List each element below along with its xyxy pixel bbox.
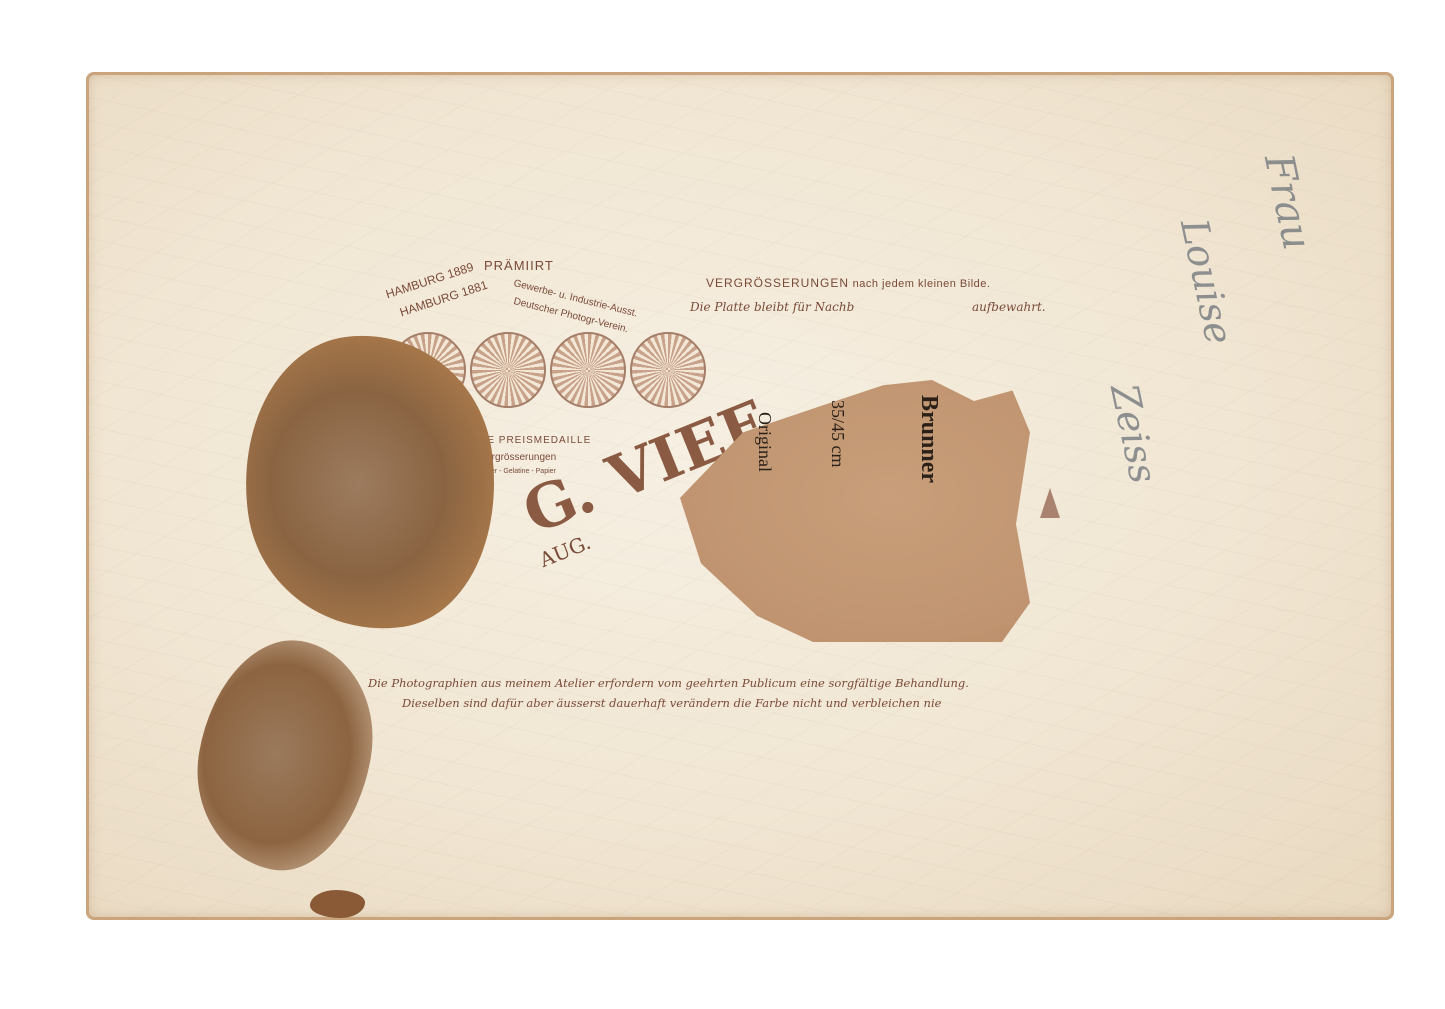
- medal-icon: [470, 332, 546, 408]
- plate-line-right: aufbewahrt.: [972, 300, 1046, 314]
- enlargements-rest: nach jedem kleinen Bilde.: [853, 278, 991, 290]
- label-name: Brunner: [915, 395, 942, 483]
- label-size: 35/45 cm: [827, 400, 848, 468]
- water-stain-small: [310, 890, 365, 918]
- footer-line-2: Dieselben sind dafür aber äusserst dauer…: [402, 696, 941, 710]
- enlargements-caps: VERGRÖSSERUNGEN: [706, 276, 849, 290]
- medal-icon: [630, 332, 706, 408]
- plate-line-left: Die Platte bleibt für Nachb: [690, 300, 854, 314]
- medal-icon: [550, 332, 626, 408]
- enlargements-header: VERGRÖSSERUNGEN nach jedem kleinen Bilde…: [706, 276, 990, 290]
- footer-line-1: Die Photographien aus meinem Atelier erf…: [368, 676, 969, 690]
- awarded-heading: PRÄMIIRT: [484, 258, 554, 273]
- plate-line: Die Platte bleibt für Nachb aufbewahrt.: [690, 300, 1046, 314]
- label-type: Original: [754, 412, 775, 472]
- lamp-ornament-icon: [1040, 488, 1060, 518]
